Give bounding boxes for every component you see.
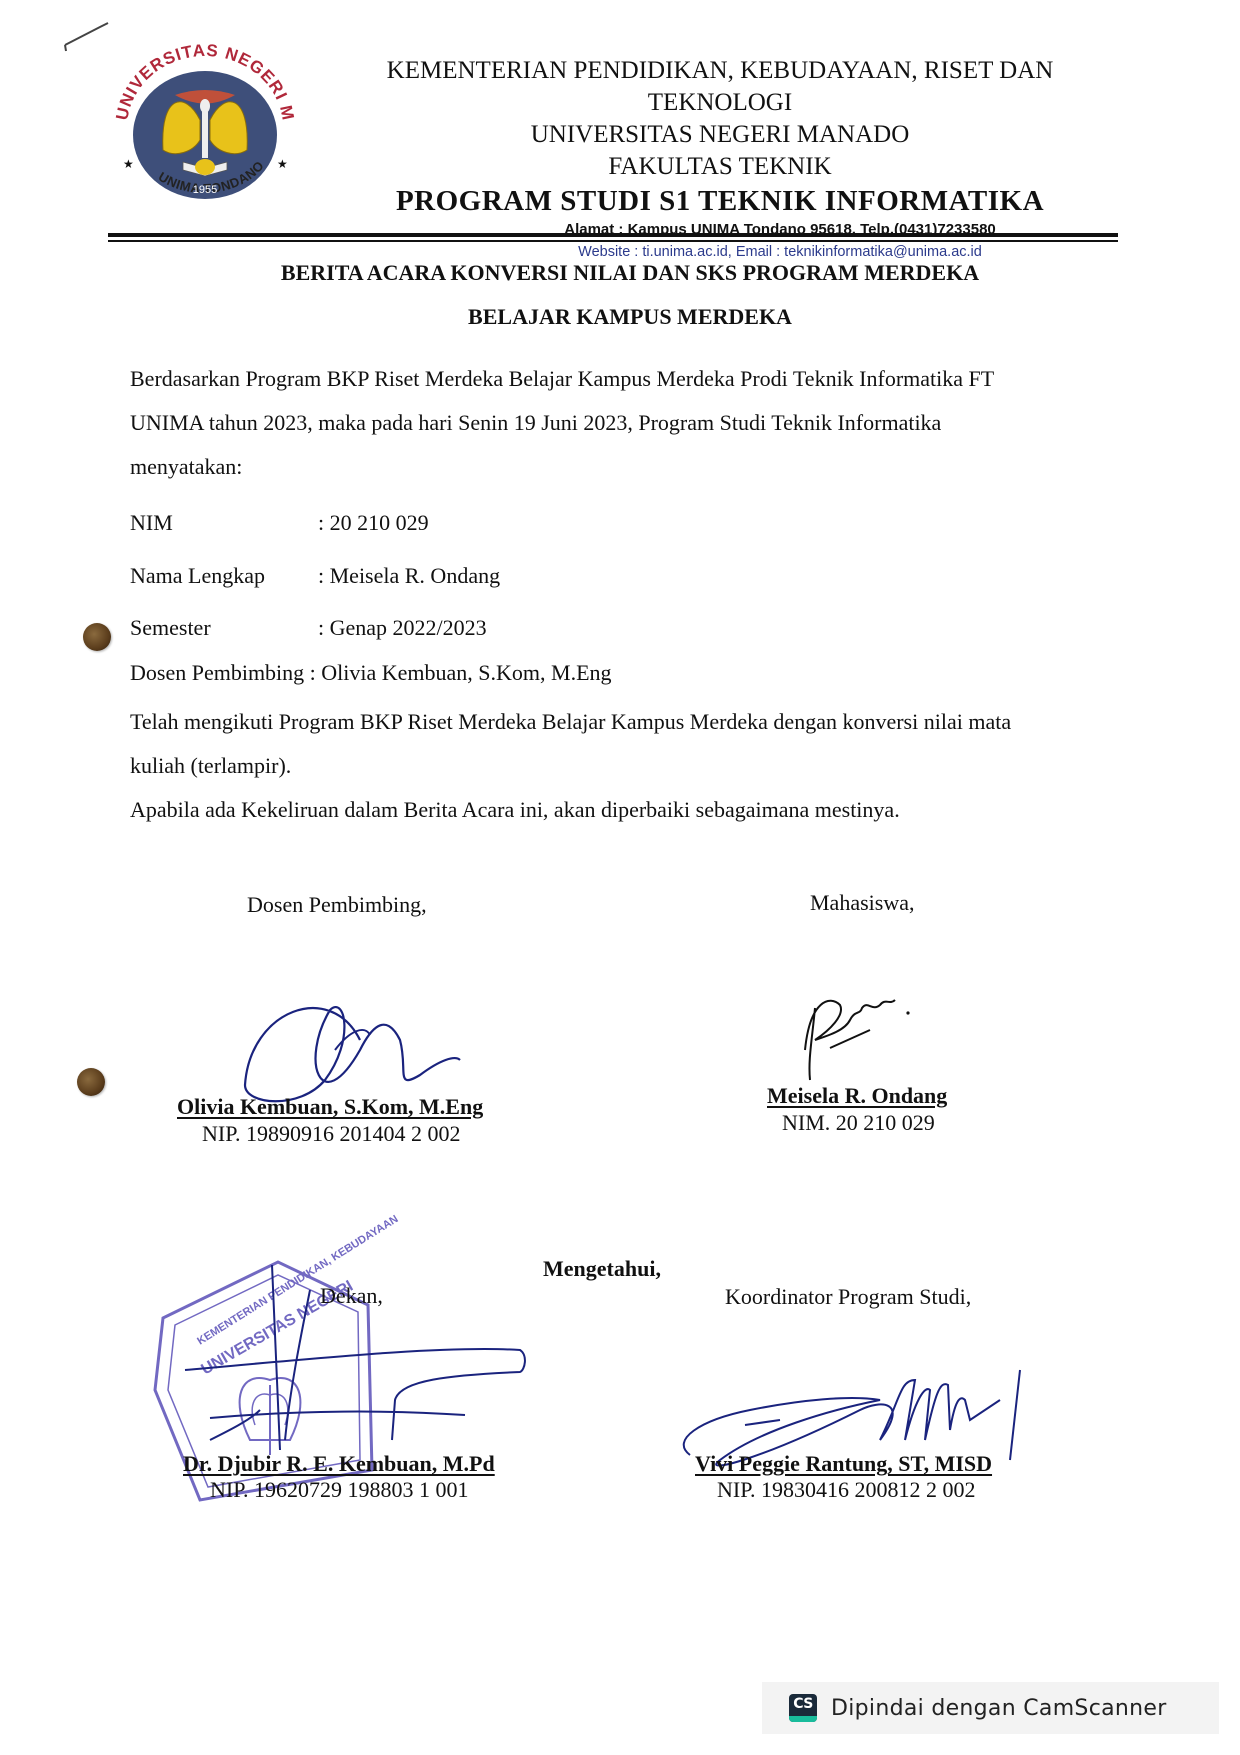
- document-title-line2: BELAJAR KAMPUS MERDEKA: [130, 304, 1130, 330]
- university-seal-icon: UNIVERSITAS NEGERI MANADO UNIMA TONDANO …: [105, 40, 305, 215]
- intro-paragraph: Berdasarkan Program BKP Riset Merdeka Be…: [130, 357, 1105, 489]
- svg-text:★: ★: [277, 157, 288, 171]
- field-nama-lengkap: Nama Lengkap: Meisela R. Ondang: [130, 563, 500, 589]
- student-nim: NIM. 20 210 029: [782, 1110, 935, 1136]
- dean-name: Dr. Djubir R. E. Kembuan, M.Pd: [183, 1451, 495, 1477]
- field-dosen-pembimbing: Dosen Pembimbing : Olivia Kembuan, S.Kom…: [130, 660, 612, 686]
- dean-nip: NIP. 19620729 198803 1 001: [210, 1477, 469, 1503]
- university-name: UNIVERSITAS NEGERI MANADO: [320, 119, 1120, 151]
- punch-hole: [83, 623, 111, 651]
- camscanner-watermark: CS Dipindai dengan CamScanner: [762, 1682, 1219, 1734]
- student-role: Mahasiswa,: [810, 890, 914, 916]
- supervisor-role: Dosen Pembimbing,: [247, 892, 427, 918]
- svg-text:1955: 1955: [193, 184, 217, 196]
- camscanner-label: Dipindai dengan CamScanner: [831, 1696, 1167, 1721]
- faculty-name: FAKULTAS TEKNIK: [320, 151, 1120, 183]
- coordinator-role: Koordinator Program Studi,: [725, 1284, 971, 1310]
- statement-paragraph: Telah mengikuti Program BKP Riset Merdek…: [130, 700, 1105, 788]
- supervisor-name: Olivia Kembuan, S.Kom, M.Eng: [177, 1094, 483, 1120]
- field-nim: NIM: 20 210 029: [130, 510, 429, 536]
- supervisor-nip: NIP. 19890916 201404 2 002: [202, 1121, 461, 1147]
- address: Alamat : Kampus UNIMA Tondano 95618, Tel…: [320, 219, 1120, 241]
- header-divider-thick: [108, 233, 1118, 237]
- punch-hole: [77, 1068, 105, 1096]
- coordinator-name: Vivi Peggie Rantung, ST, MISD: [695, 1451, 992, 1477]
- student-name: Meisela R. Ondang: [767, 1083, 947, 1109]
- field-semester: Semester: Genap 2022/2023: [130, 615, 487, 641]
- acknowledged-label: Mengetahui,: [543, 1256, 661, 1282]
- document-title-line1: BERITA ACARA KONVERSI NILAI DAN SKS PROG…: [130, 260, 1130, 286]
- camscanner-logo-icon: CS: [789, 1694, 817, 1722]
- staple-mark: [60, 15, 120, 55]
- dean-role: Dekan,: [320, 1283, 383, 1309]
- program-name: PROGRAM STUDI S1 TEKNIK INFORMATIKA: [320, 183, 1120, 219]
- ministry-name: KEMENTERIAN PENDIDIKAN, KEBUDAYAAN, RISE…: [320, 55, 1120, 119]
- coordinator-nip: NIP. 19830416 200812 2 002: [717, 1477, 976, 1503]
- svg-text:★: ★: [123, 157, 134, 171]
- closing-paragraph: Apabila ada Kekeliruan dalam Berita Acar…: [130, 788, 1105, 832]
- header-divider-thin: [108, 240, 1118, 242]
- letterhead: KEMENTERIAN PENDIDIKAN, KEBUDAYAAN, RISE…: [320, 55, 1120, 263]
